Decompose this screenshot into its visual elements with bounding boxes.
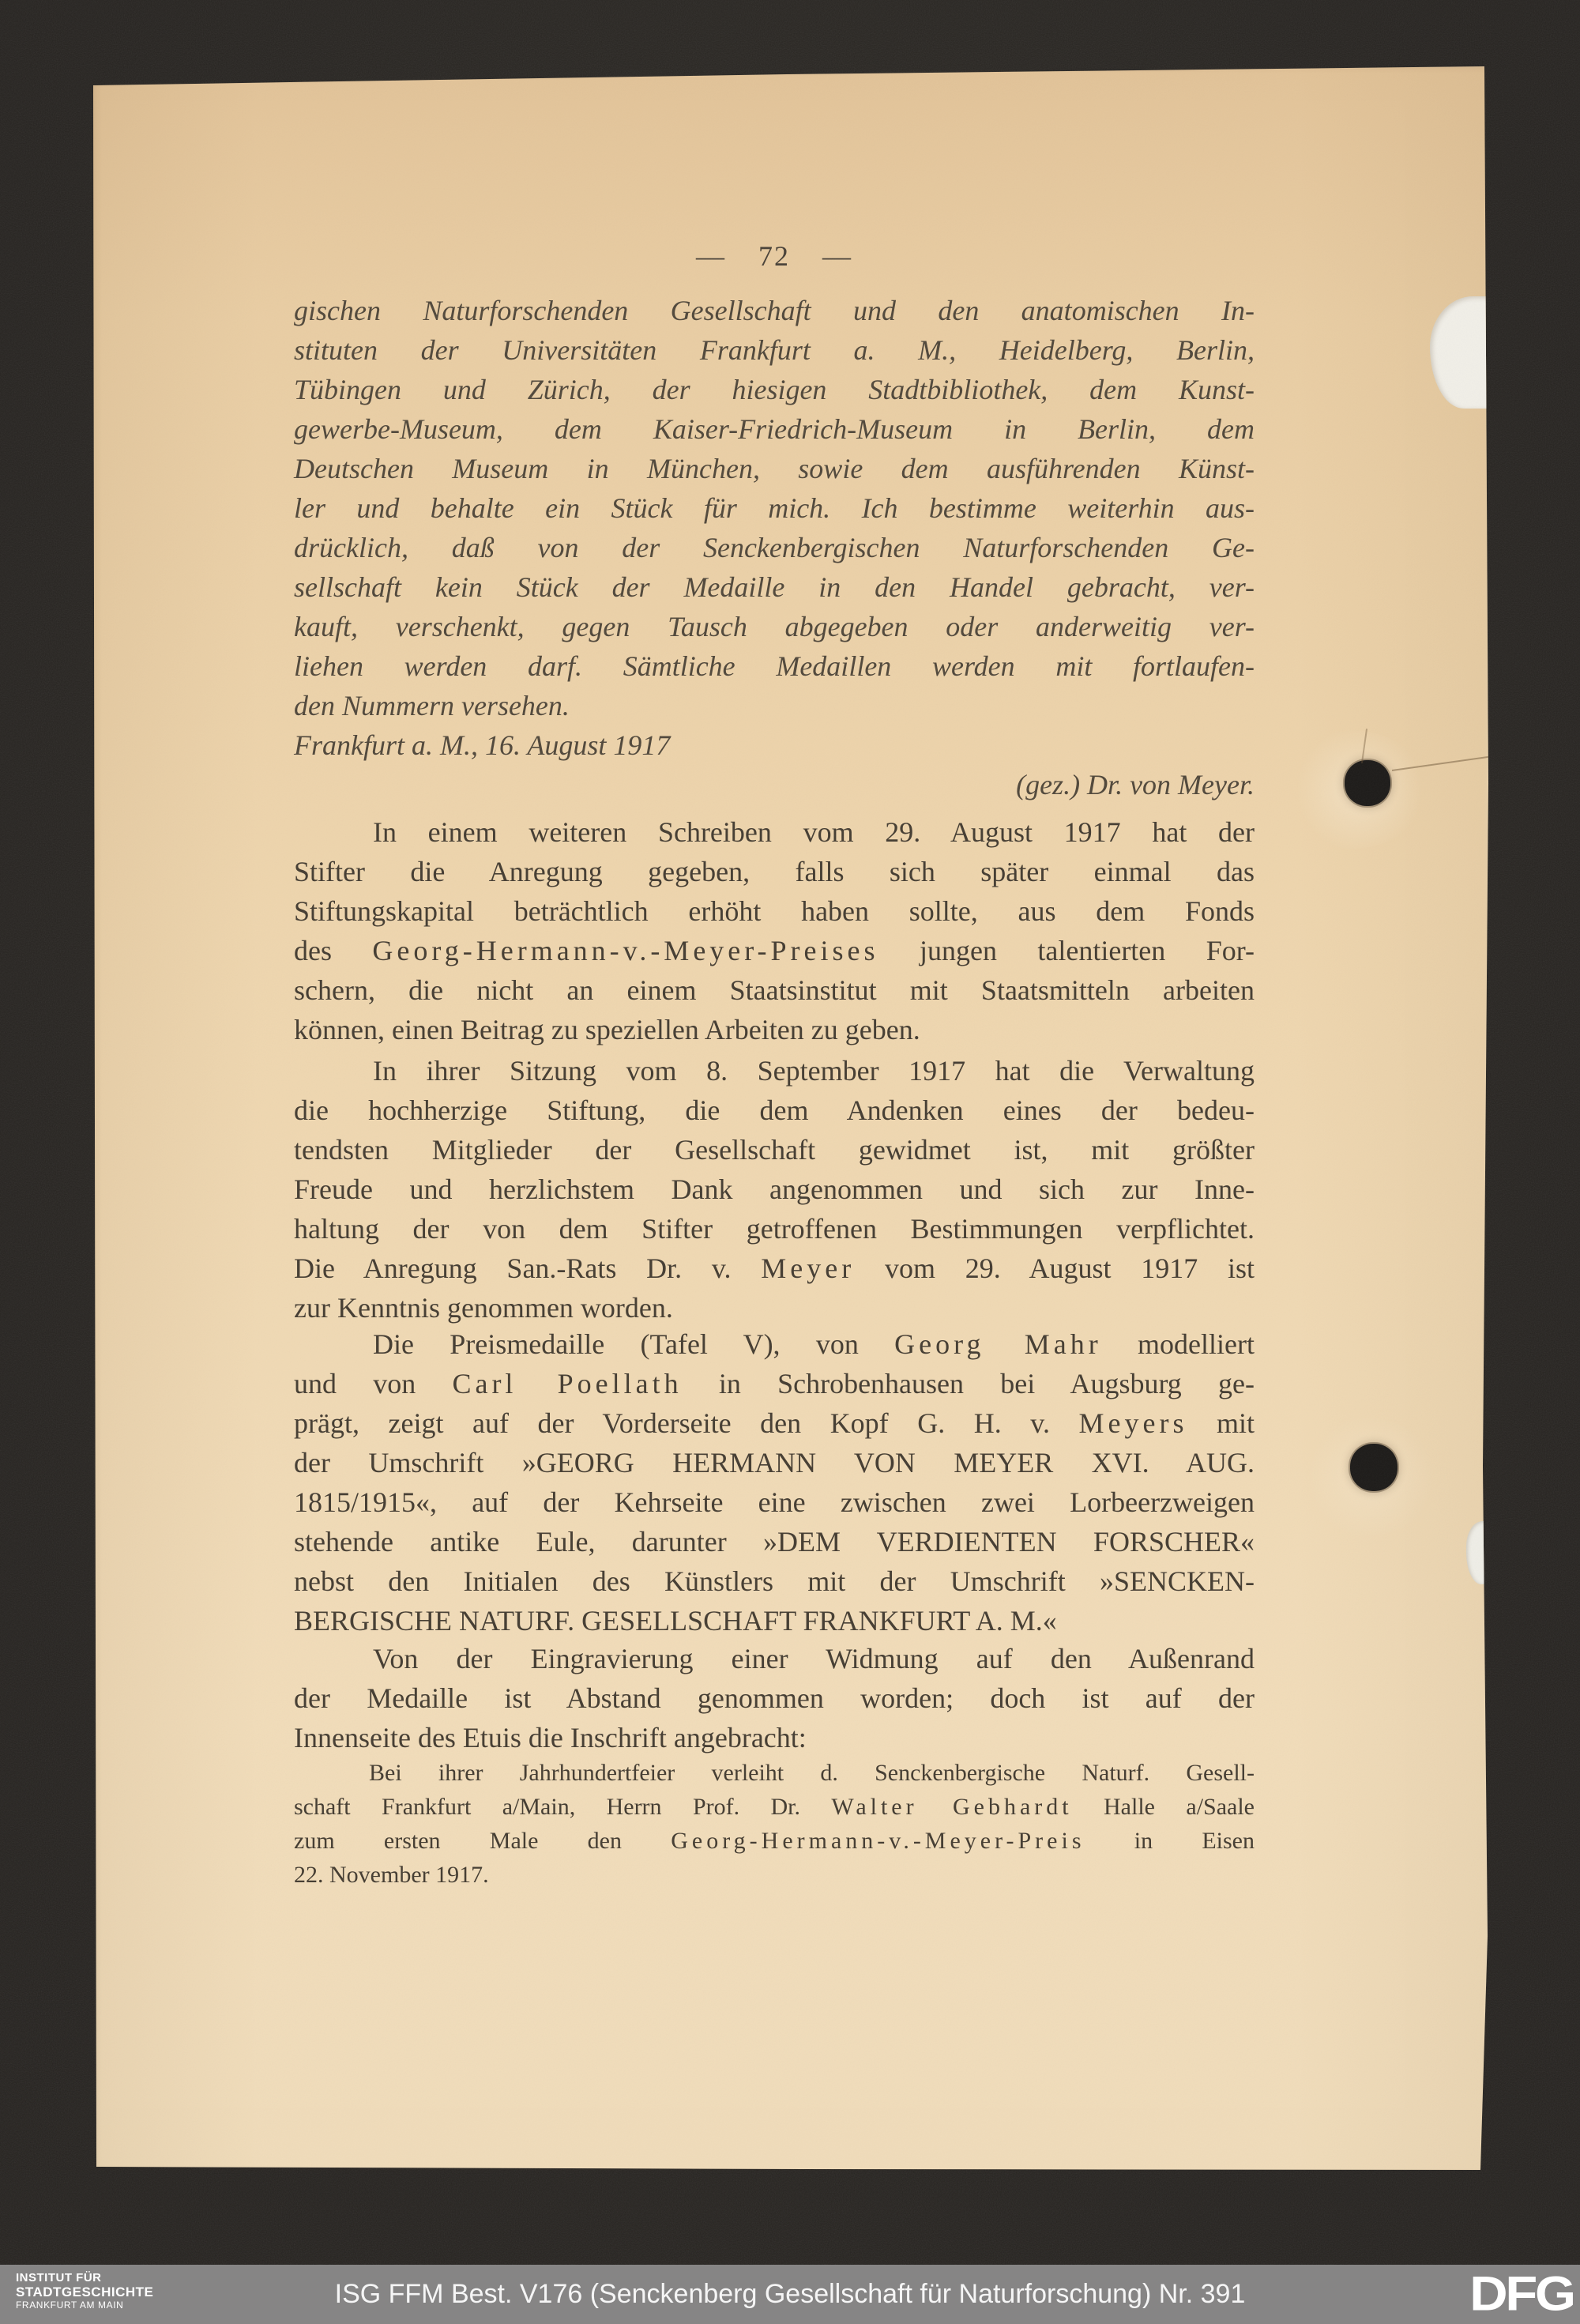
page-number: — 72 —: [294, 239, 1255, 273]
text-line: Bei ihrer Jahrhundertfeier verleiht d. S…: [294, 1756, 1255, 1790]
text-line: stituten der Universitäten Frankfurt a. …: [294, 330, 1255, 370]
text-segment: gewerbe-Museum, dem Kaiser-Friedrich-Mus…: [294, 413, 1255, 445]
text-segment: Bei ihrer Jahrhundertfeier verleiht d. S…: [369, 1760, 1255, 1786]
text-segment: In einem weiteren Schreiben vom 29. Augu…: [373, 816, 1255, 848]
text-line: 22. November 1917.: [294, 1858, 1255, 1892]
text-segment: liehen werden darf. Sämtliche Medaillen …: [294, 650, 1255, 682]
text-line: zur Kenntnis genommen worden.: [294, 1288, 1255, 1328]
text-line: der Medaille ist Abstand genommen worden…: [294, 1678, 1255, 1718]
paragraph-p1: gischen Naturforschenden Gesellschaft un…: [294, 291, 1255, 804]
text-segment: des: [294, 935, 372, 966]
text-line: gewerbe-Museum, dem Kaiser-Friedrich-Mus…: [294, 409, 1255, 449]
text-line: liehen werden darf. Sämtliche Medaillen …: [294, 646, 1255, 686]
text-segment: kauft, verschenkt, gegen Tausch abgegebe…: [294, 611, 1255, 642]
text-segment: in Schrobenhausen bei Augsburg ge-: [683, 1368, 1255, 1399]
text-segment: und von: [294, 1368, 452, 1399]
text-line: kauft, verschenkt, gegen Tausch abgegebe…: [294, 607, 1255, 646]
text-segment: Halle a/Saale: [1073, 1794, 1255, 1820]
text-line: Von der Eingravierung einer Widmung auf …: [294, 1639, 1255, 1678]
text-segment: 1815/1915«, auf der Kehrseite eine zwisc…: [294, 1486, 1255, 1518]
text-segment: stehende antike Eule, darunter »DEM VERD…: [294, 1526, 1255, 1557]
text-segment: Von der Eingravierung einer Widmung auf …: [373, 1643, 1255, 1674]
text-line: BERGISCHE NATURF. GESELLSCHAFT FRANKFURT…: [294, 1601, 1255, 1640]
text-segment: prägt, zeigt auf der Vorderseite den Kop…: [294, 1407, 1078, 1439]
text-segment: 22. November 1917.: [294, 1862, 489, 1888]
text-line: und von Carl Poellath in Schrobenhausen …: [294, 1364, 1255, 1403]
text-line: 1815/1915«, auf der Kehrseite eine zwisc…: [294, 1482, 1255, 1522]
text-line: In einem weiteren Schreiben vom 29. Augu…: [294, 812, 1255, 852]
text-line: Stifter die Anregung gegeben, falls sich…: [294, 852, 1255, 891]
text-line: können, einen Beitrag zu speziellen Arbe…: [294, 1010, 1255, 1049]
text-line: haltung der von dem Stifter getroffenen …: [294, 1209, 1255, 1249]
paragraph-p2: In einem weiteren Schreiben vom 29. Augu…: [294, 812, 1255, 1049]
text-segment: sellschaft kein Stück der Medaille in de…: [294, 571, 1255, 603]
text-line: sellschaft kein Stück der Medaille in de…: [294, 567, 1255, 607]
text-line: Innenseite des Etuis die Inschrift angeb…: [294, 1718, 1255, 1757]
text-segment: Innenseite des Etuis die Inschrift angeb…: [294, 1722, 807, 1753]
text-segment: zur Kenntnis genommen worden.: [294, 1292, 673, 1324]
text-segment: Stiftungskapital beträchtlich erhöht hab…: [294, 895, 1255, 927]
archive-reference-label: ISG FFM Best. V176 (Senckenberg Gesellsc…: [0, 2265, 1580, 2324]
text-line: prägt, zeigt auf der Vorderseite den Kop…: [294, 1403, 1255, 1443]
text-segment: Die Preismedaille (Tafel V), von: [373, 1328, 894, 1360]
text-segment: schaft Frankfurt a/Main, Herrn Prof. Dr.: [294, 1794, 831, 1820]
paragraph-p3: In ihrer Sitzung vom 8. September 1917 h…: [294, 1051, 1255, 1328]
text-line: die hochherzige Stiftung, die dem Andenk…: [294, 1090, 1255, 1130]
text-segment: zum ersten Male den: [294, 1828, 671, 1854]
text-line: (gez.) Dr. von Meyer.: [294, 765, 1255, 804]
text-line: Frankfurt a. M., 16. August 1917: [294, 725, 1255, 765]
text-line: schaft Frankfurt a/Main, Herrn Prof. Dr.…: [294, 1790, 1255, 1824]
text-segment: ler und behalte ein Stück für mich. Ich …: [294, 492, 1255, 524]
text-segment: jungen talentierten For-: [879, 935, 1255, 966]
punch-hole: [1350, 1444, 1398, 1491]
letterspaced-name: Meyer: [761, 1252, 855, 1284]
text-segment: der Umschrift »GEORG HERMANN VON MEYER X…: [294, 1447, 1255, 1478]
text-line: In ihrer Sitzung vom 8. September 1917 h…: [294, 1051, 1255, 1090]
text-line: tendsten Mitglieder der Gesellschaft gew…: [294, 1130, 1255, 1170]
letterspaced-name: Georg Mahr: [894, 1328, 1102, 1360]
text-line: schern, die nicht an einem Staatsinstitu…: [294, 970, 1255, 1010]
text-line: Die Anregung San.-Rats Dr. v. Meyer vom …: [294, 1249, 1255, 1288]
text-segment: den Nummern versehen.: [294, 690, 570, 721]
text-line: Die Preismedaille (Tafel V), von Georg M…: [294, 1324, 1255, 1364]
text-segment: vom 29. August 1917 ist: [855, 1252, 1255, 1284]
dfg-logo: DFG: [1469, 2267, 1574, 2322]
text-line: den Nummern versehen.: [294, 686, 1255, 725]
text-line: ler und behalte ein Stück für mich. Ich …: [294, 488, 1255, 528]
scanned-document-page: — 72 — gischen Naturforschenden Gesellsc…: [92, 66, 1489, 2175]
letterspaced-name: Carl Poellath: [452, 1368, 682, 1399]
letterspaced-name: Walter Gebhardt: [831, 1794, 1072, 1820]
text-segment: Deutschen Museum in München, sowie dem a…: [294, 453, 1255, 484]
letterspaced-name: Georg-Hermann-v.-Meyer-Preises: [372, 935, 878, 966]
text-segment: in Eisen: [1085, 1828, 1255, 1854]
text-segment: Tübingen und Zürich, der hiesigen Stadtb…: [294, 374, 1255, 405]
text-line: der Umschrift »GEORG HERMANN VON MEYER X…: [294, 1443, 1255, 1482]
text-segment: können, einen Beitrag zu speziellen Arbe…: [294, 1014, 920, 1045]
text-segment: In ihrer Sitzung vom 8. September 1917 h…: [373, 1055, 1255, 1087]
text-segment: die hochherzige Stiftung, die dem Andenk…: [294, 1094, 1255, 1126]
text-segment: gischen Naturforschenden Gesellschaft un…: [294, 295, 1255, 326]
text-segment: mit: [1187, 1407, 1255, 1439]
text-segment: drücklich, daß von der Senckenbergischen…: [294, 532, 1255, 563]
text-segment: Stifter die Anregung gegeben, falls sich…: [294, 856, 1255, 887]
text-segment: haltung der von dem Stifter getroffenen …: [294, 1213, 1255, 1245]
text-segment: (gez.) Dr. von Meyer.: [1016, 769, 1255, 800]
torn-paper-patch-lower: [1466, 1521, 1492, 1584]
punch-hole: [1345, 760, 1390, 806]
paragraph-p4: Die Preismedaille (Tafel V), von Georg M…: [294, 1324, 1255, 1640]
text-segment: Freude und herzlichstem Dank angenommen …: [294, 1173, 1255, 1205]
text-line: drücklich, daß von der Senckenbergischen…: [294, 528, 1255, 567]
text-segment: tendsten Mitglieder der Gesellschaft gew…: [294, 1134, 1255, 1166]
paragraph-p6: Bei ihrer Jahrhundertfeier verleiht d. S…: [294, 1756, 1255, 1892]
text-line: Deutschen Museum in München, sowie dem a…: [294, 449, 1255, 488]
archive-footer-bar: INSTITUT FÜR STADTGESCHICHTE FRANKFURT A…: [0, 2265, 1580, 2324]
text-line: zum ersten Male den Georg-Hermann-v.-Mey…: [294, 1824, 1255, 1858]
text-segment: der Medaille ist Abstand genommen worden…: [294, 1682, 1255, 1714]
letterspaced-name: Georg-Hermann-v.-Meyer-Preis: [671, 1828, 1085, 1854]
text-line: Tübingen und Zürich, der hiesigen Stadtb…: [294, 370, 1255, 409]
text-line: gischen Naturforschenden Gesellschaft un…: [294, 291, 1255, 330]
text-segment: nebst den Initialen des Künstlers mit de…: [294, 1565, 1255, 1597]
torn-paper-patch-upper: [1430, 296, 1492, 409]
text-line: Freude und herzlichstem Dank angenommen …: [294, 1170, 1255, 1209]
text-segment: modelliert: [1102, 1328, 1255, 1360]
text-segment: schern, die nicht an einem Staatsinstitu…: [294, 974, 1255, 1006]
text-segment: Die Anregung San.-Rats Dr. v.: [294, 1252, 761, 1284]
text-segment: BERGISCHE NATURF. GESELLSCHAFT FRANKFURT…: [294, 1605, 1057, 1637]
letterspaced-name: Meyers: [1078, 1407, 1187, 1439]
text-line: stehende antike Eule, darunter »DEM VERD…: [294, 1522, 1255, 1561]
archive-scan-view: { "page": { "number": "— 72 —", "paragra…: [0, 0, 1580, 2324]
text-line: Stiftungskapital beträchtlich erhöht hab…: [294, 891, 1255, 931]
text-line: nebst den Initialen des Künstlers mit de…: [294, 1561, 1255, 1601]
text-segment: Frankfurt a. M., 16. August 1917: [294, 729, 670, 761]
paragraph-p5: Von der Eingravierung einer Widmung auf …: [294, 1639, 1255, 1757]
text-segment: stituten der Universitäten Frankfurt a. …: [294, 334, 1255, 366]
text-line: des Georg-Hermann-v.-Meyer-Preises junge…: [294, 931, 1255, 970]
